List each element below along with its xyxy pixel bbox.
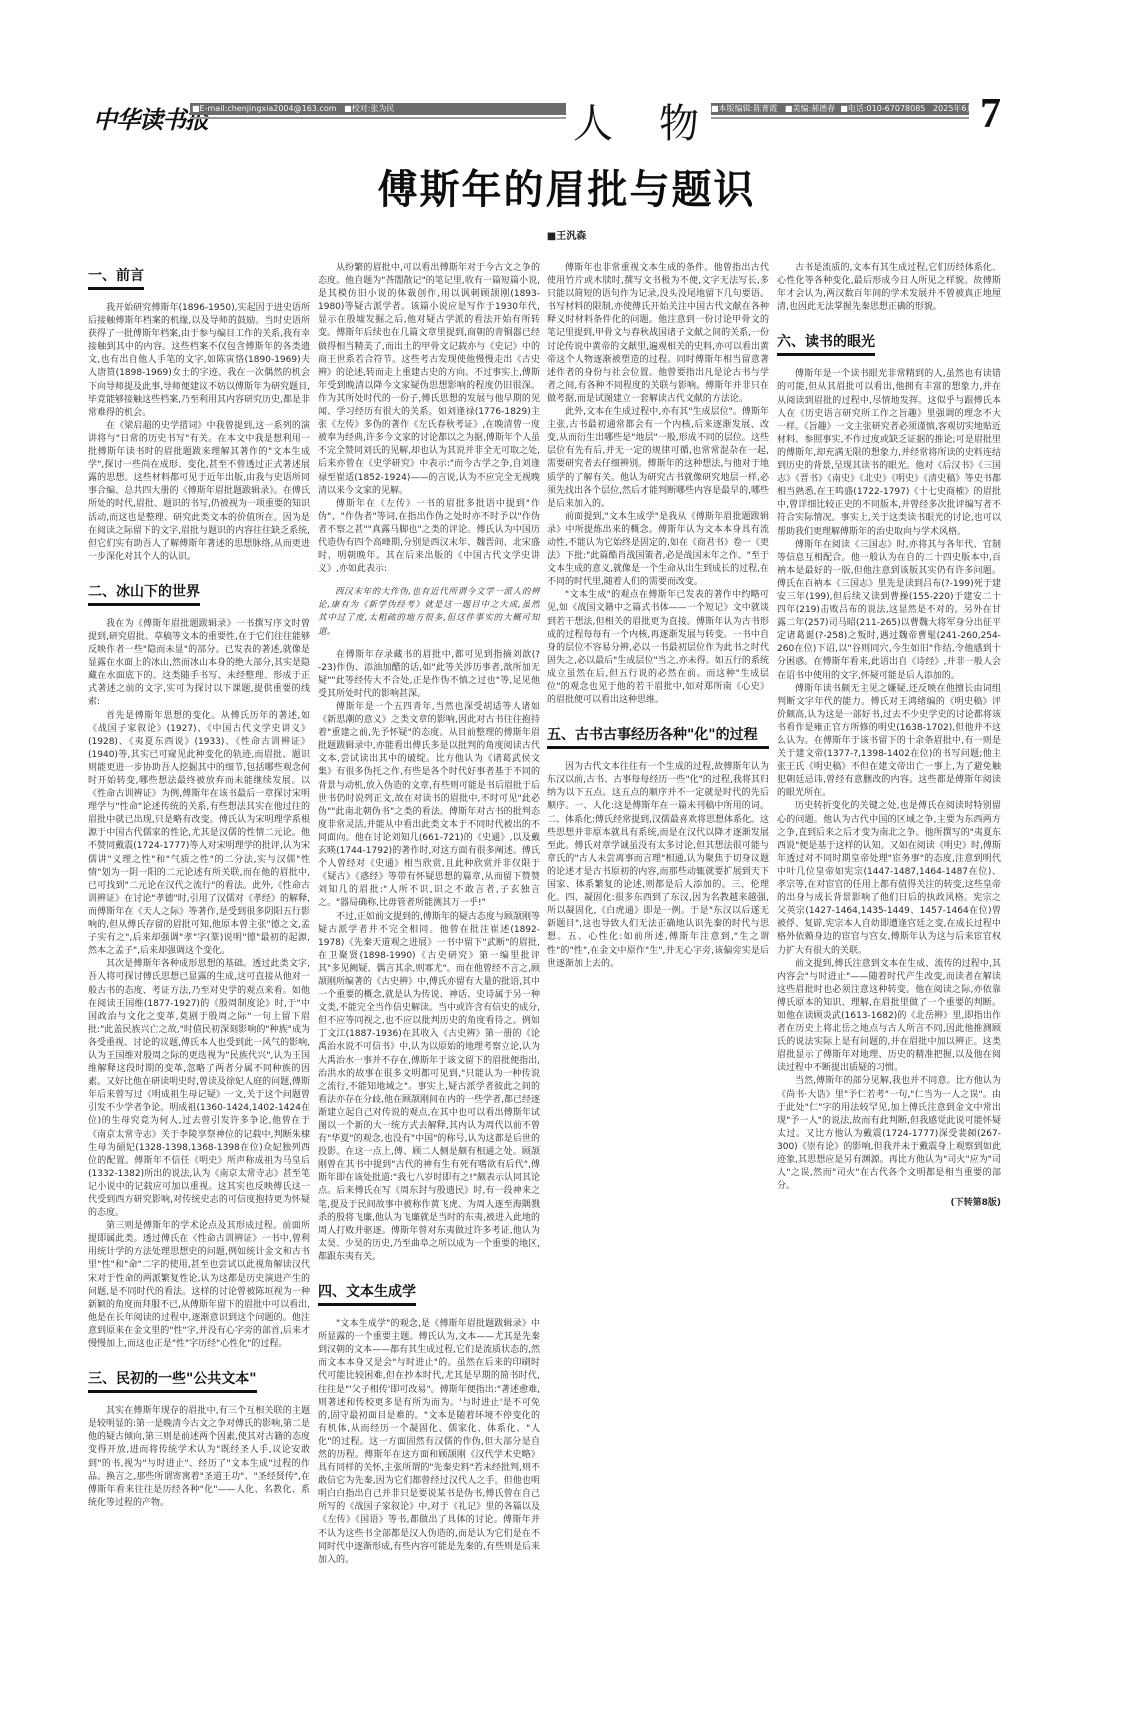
paragraph: 历史转折变化的关键之处,也是傅氏在阅读时特别留心的问题。他认为古代中国的区域之争… bbox=[777, 800, 1001, 957]
section-heading: 三、民初的一些"公共文本" bbox=[88, 1369, 257, 1393]
paragraph: 我开始研究傅斯年(1896-1950),实起因于进史语所后接触傅斯年档案的机缘,… bbox=[88, 302, 310, 420]
phone-label: ■电话:010-67078085 bbox=[840, 104, 925, 113]
paragraph: 其次是傅斯年各种成形思想的基础。透过此类文字,吾人将可探讨傅氏思想已显露的生成,… bbox=[88, 958, 310, 1220]
divider bbox=[190, 117, 566, 119]
paragraph: 此外,文本在生成过程中,亦有其"生成层位"。傅斯年主张,古书最初通常都会有一个内… bbox=[547, 406, 769, 511]
paragraph: 傅斯年在《左传》一书的眉批多批语中提到"作伪"、"作伪者"等词,在指出作伪之处时… bbox=[318, 498, 540, 577]
section-heading: 四、文本生成学 bbox=[318, 1282, 416, 1306]
proofreader-label: ■校对:张为民 bbox=[344, 104, 394, 113]
section-heading: 五、古书古事经历各种"化"的过程 bbox=[547, 725, 769, 749]
text-column-2: 从纷繁的眉批中,可以看出傅斯年对于今古文之争的态度。他自题为"荅闇散记"的笔记里… bbox=[318, 262, 540, 1567]
text-column-1: 一、前言 我开始研究傅斯年(1896-1950),实起因于进史语所后接触傅斯年档… bbox=[88, 262, 310, 1510]
divider bbox=[711, 117, 969, 119]
section-heading: 一、前言 bbox=[88, 266, 144, 290]
article-title: 傅斯年的眉批与题识 bbox=[0, 158, 1133, 215]
paragraph: 前面提到,"文本生成学"是我从《傅斯年眉批题跋辑录》中所提炼出来的概念。傅斯年认… bbox=[547, 511, 769, 590]
masthead: 中华读书报 ■E-mail:chenjingxia2004@163.com ■校… bbox=[93, 98, 1043, 138]
paragraph: 傅斯年读书颇无主见之嫌疑,还反映在他擅长由词组判断文字年代的能力。傅氏对王鸿绪编… bbox=[777, 683, 1001, 801]
paragraph: 第三则是傅斯年的学术论点及其形成过程。前面所提即属此类。透过傅氏在《性命古训辨证… bbox=[88, 1220, 310, 1351]
email-label: ■E-mail:chenjingxia2004@163.com bbox=[192, 104, 337, 113]
art-editor-label: ■美编:郝德春 bbox=[785, 104, 835, 113]
paragraph: "文本生成"的观点在傅斯年已发表的著作中约略可见,如《战国文籍中之篇式书体——一… bbox=[547, 589, 769, 707]
paragraph: 傅斯年也非常重视文本生成的条件。他曾指出古代使用竹片或木牍时,撰写文书极为不便,… bbox=[547, 262, 769, 406]
paragraph: 傅斯年是一个读书眼光非常精到的人,虽然也有读错的可能,但从其眉批可以看出,他拥有… bbox=[777, 368, 1001, 538]
paragraph: 古书是流质的,文本有其生成过程,它们历经体系化、心性化等各种变化,最后形成今日人… bbox=[777, 262, 1001, 314]
section-name-char-2: 物 bbox=[659, 92, 699, 149]
paragraph: 其实在傅斯年现存的眉批中,有三个互相关联的主题是较明显的:第一是晚清今古文之争对… bbox=[88, 1405, 310, 1510]
contact-bar-right: ■本版编辑:陈菁霞 ■美编:郝德春 ■电话:010-67078085 2025年… bbox=[711, 103, 969, 115]
paragraph: 当然,傅斯年的部分见解,我也并不同意。比方他认为《尚书·大诰》里"予仁若考"一句… bbox=[777, 1075, 1001, 1193]
section-heading: 二、冰山下的世界 bbox=[88, 582, 200, 606]
section-name-char-1: 人 bbox=[573, 92, 613, 149]
contact-bar-left: ■E-mail:chenjingxia2004@163.com ■校对:张为民 bbox=[190, 103, 566, 115]
issue-date: 2025年6月25日 bbox=[933, 104, 969, 113]
paragraph: 从纷繁的眉批中,可以看出傅斯年对于今古文之争的态度。他自题为"荅闇散记"的笔记里… bbox=[318, 262, 540, 498]
section-heading: 六、读书的眼光 bbox=[777, 332, 875, 356]
article-byline: ■王汎森 bbox=[0, 227, 1133, 242]
text-column-3: 傅斯年也非常重视文本生成的条件。他曾指出古代使用竹片或木牍时,撰写文书极为不便,… bbox=[547, 262, 769, 971]
block-quote: 西汉末年的大作伪,也有近代所谓今文学一派人的辨论,康有为《新学伪经考》就是这一题… bbox=[318, 586, 540, 638]
paragraph: 傅斯年在阅读《三国志》时,亦将其与各年代、官制等信息互相配合。他一般认为在自的二… bbox=[777, 539, 1001, 683]
paragraph: 因为古代文本往往有一个生成的过程,故傅斯年认为东汉以前,古书、古事每每经历一些"… bbox=[547, 761, 769, 971]
paragraph: 在傅斯年存录藏书的眉批中,都可见到指摘刘歆(?-23)作伪、添油加醋的话,如"此… bbox=[318, 649, 540, 701]
paragraph: 在《梁启超的史学措词》中我曾提到,这一系列的演讲将与"日常的历史书写"有关。在本… bbox=[88, 420, 310, 564]
paragraph: 前文提到,傅氏注意到文本在生成、流传的过程中,其内容会"与时进止"——随着时代产… bbox=[777, 958, 1001, 1076]
paragraph: 我在为《傅斯年眉批题跋辑录》一书撰写序文时曾提到,研究眉批、草稿等文本的重要性,… bbox=[88, 618, 310, 710]
paragraph: 首先是傅斯年思想的变化。从傅氏历年的著述,如《战国子家叙论》(1927)、《中国… bbox=[88, 710, 310, 959]
editor-label: ■本版编辑:陈菁霞 bbox=[711, 104, 777, 113]
paragraph: 傅斯年是一个五四青年,当然也深受胡适等人诸如《新思潮的意义》之类文章的影响,因此… bbox=[318, 701, 540, 911]
paragraph: 不过,正如前文提到的,傅斯年的疑古态度与顾颉刚等疑古派学者并不完全相同。他曾在批… bbox=[318, 911, 540, 1265]
text-column-4: 古书是流质的,文本有其生成过程,它们历经体系化、心性化等各种变化,最后形成今日人… bbox=[777, 262, 1001, 1210]
paragraph: "文本生成学"的观念,是《傅斯年眉批题跋辑录》中所显露的一个重要主题。傅氏认为,… bbox=[318, 1318, 540, 1567]
page-number: 7 bbox=[980, 90, 1001, 138]
continued-on-page-note: (下转第8版) bbox=[777, 1197, 1001, 1210]
